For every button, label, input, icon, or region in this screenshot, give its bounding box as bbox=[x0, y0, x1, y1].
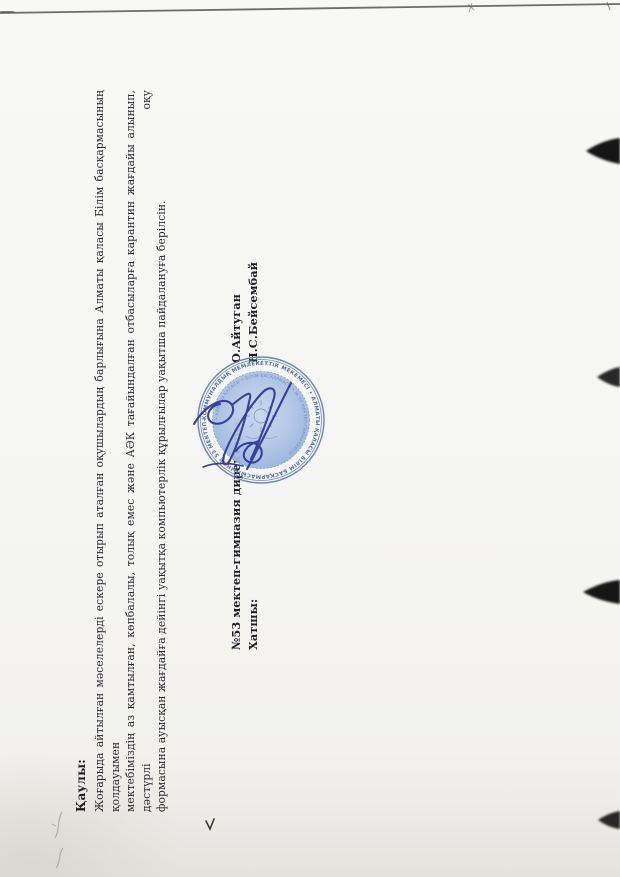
rotated-document-content: Қаулы: Жоғарыда айтылған мәселелерді еск… bbox=[0, 0, 620, 877]
secretary-name: Н.С.Бейсембай bbox=[245, 262, 262, 363]
body-line: мектебіміздің аз қамтылған, көпбалалы, т… bbox=[123, 90, 154, 812]
signature-row: Хатшы: Н.С.Бейсембай bbox=[245, 170, 262, 650]
director-title-label: №53 мектеп-гимназия директоры: bbox=[228, 363, 245, 650]
signature-block: №53 мектеп-гимназия директоры: О.Айтуган… bbox=[228, 170, 262, 650]
secretary-title-label: Хатшы: bbox=[245, 363, 262, 650]
body-line: Жоғарыда айтылған мәселелерді ескере оты… bbox=[92, 90, 123, 812]
director-name: О.Айтуган bbox=[228, 294, 245, 363]
scanned-document-page: Қаулы: Жоғарыда айтылған мәселелерді еск… bbox=[0, 0, 620, 877]
resolution-heading: Қаулы: bbox=[74, 759, 88, 812]
resolution-body: Жоғарыда айтылған мәселелерді ескере оты… bbox=[92, 90, 170, 812]
signature-row: №53 мектеп-гимназия директоры: О.Айтуган bbox=[228, 170, 245, 650]
body-line: формасына ауысқан жағдайға дейінгі уақыт… bbox=[154, 90, 170, 812]
